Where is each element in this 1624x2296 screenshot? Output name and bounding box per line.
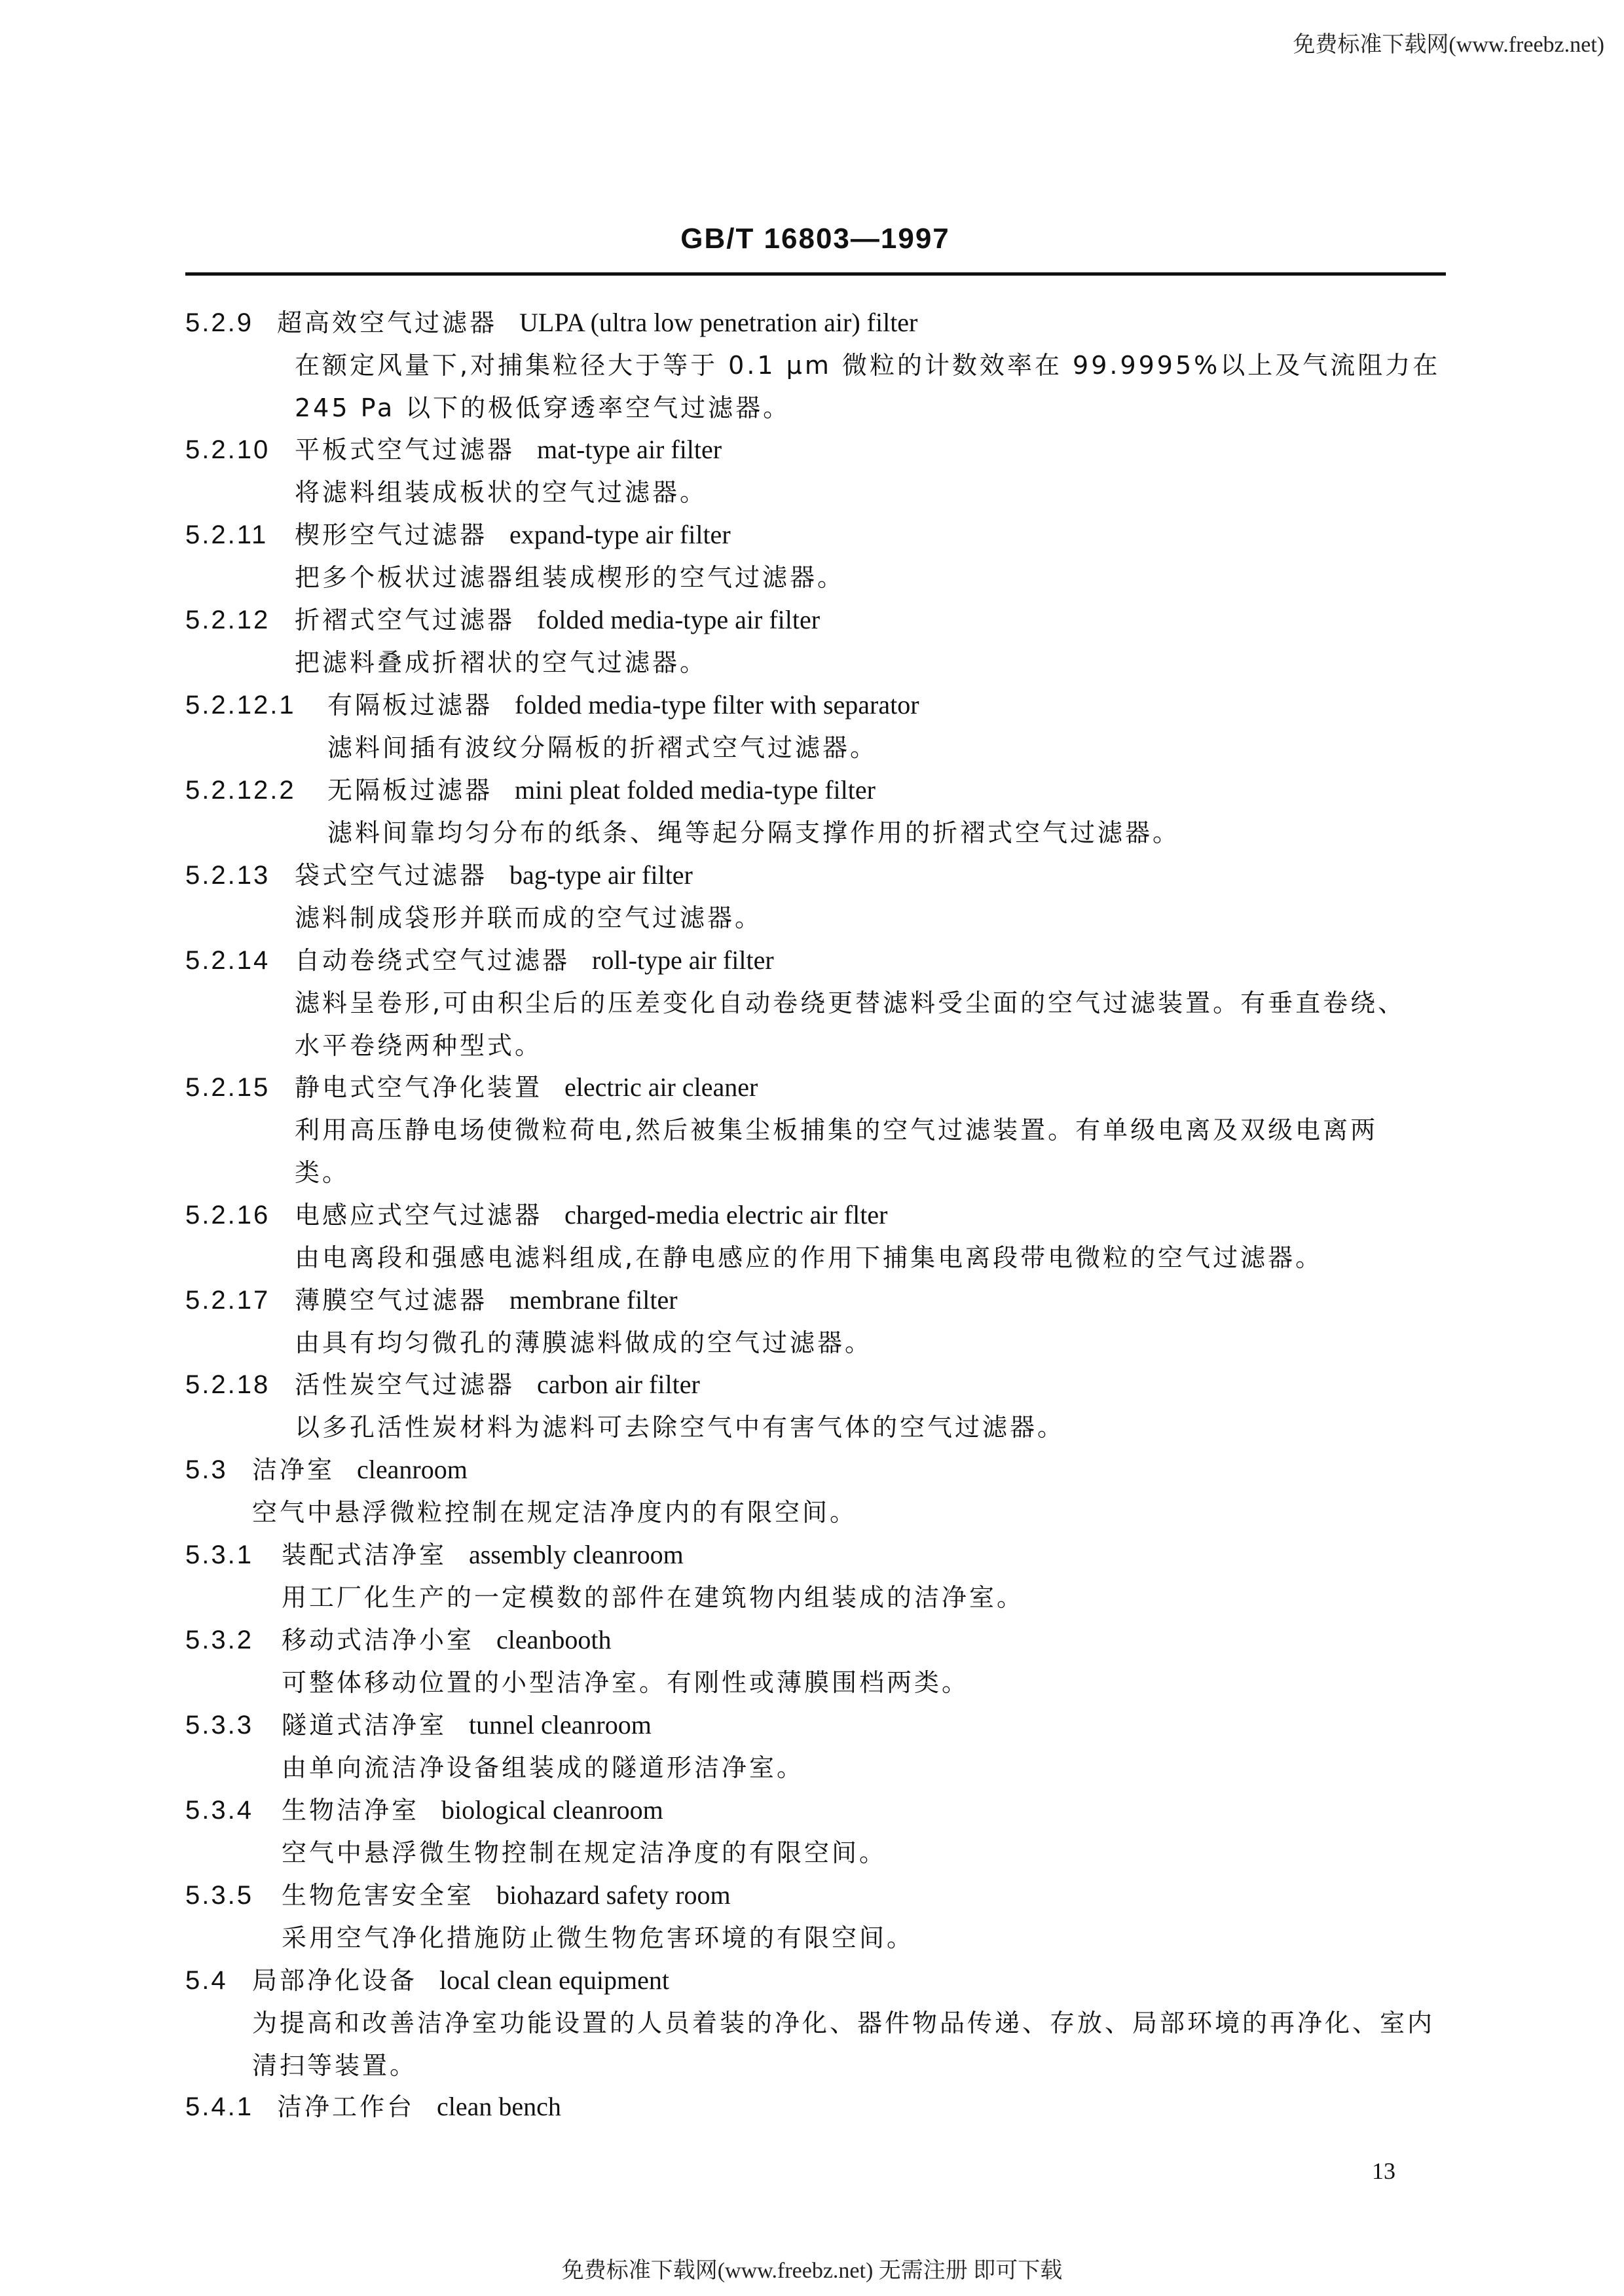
term-heading: 5.2.11楔形空气过滤器expand-type air filter — [185, 519, 731, 551]
term-heading: 5.2.14自动卷绕式空气过滤器roll-type air filter — [185, 944, 774, 977]
term-definition: 用工厂化生产的一定模数的部件在建筑物内组装成的洁净室。 — [282, 1581, 1024, 1614]
term-heading: 5.3.3隧道式洁净室tunnel cleanroom — [185, 1709, 652, 1741]
term-heading: 5.3.5生物危害安全室biohazard safety room — [185, 1879, 731, 1912]
term-chinese: 洁净工作台 — [277, 2092, 415, 2121]
term-number: 5.4.1 — [185, 2090, 277, 2123]
term-number: 5.3 — [185, 1453, 252, 1486]
term-definition: 由电离段和强感电滤料组成,在静电感应的作用下捕集电离段带电微粒的空气过滤器。 — [295, 1241, 1323, 1274]
term-definition: 采用空气净化措施防止微生物危害环境的有限空间。 — [282, 1922, 914, 1954]
term-heading: 5.2.10平板式空气过滤器mat-type air filter — [185, 433, 722, 466]
term-chinese: 平板式空气过滤器 — [295, 435, 515, 464]
term-heading: 5.3洁净室cleanroom — [185, 1453, 468, 1486]
term-number: 5.2.9 — [185, 306, 277, 339]
term-chinese: 折褶式空气过滤器 — [295, 606, 515, 634]
term-definition: 以多孔活性炭材料为滤料可去除空气中有害气体的空气过滤器。 — [295, 1411, 1065, 1444]
term-number: 5.2.17 — [185, 1284, 295, 1317]
term-english: electric air cleaner — [564, 1072, 758, 1102]
term-heading: 5.2.17薄膜空气过滤器membrane filter — [185, 1284, 678, 1317]
term-heading: 5.3.2移动式洁净小室cleanbooth — [185, 1624, 612, 1656]
term-heading: 5.2.9超高效空气过滤器ULPA (ultra low penetration… — [185, 306, 917, 339]
term-number: 5.2.14 — [185, 944, 295, 977]
term-definition: 滤料间插有波纹分隔板的折褶式空气过滤器。 — [327, 731, 877, 764]
term-english: bag-type air filter — [509, 860, 693, 890]
term-number: 5.2.15 — [185, 1071, 295, 1104]
term-english: mat-type air filter — [537, 435, 722, 464]
term-definition: 滤料呈卷形,可由积尘后的压差变化自动卷绕更替滤料受尘面的空气过滤装置。有垂直卷绕… — [295, 987, 1405, 1019]
term-english: folded media-type filter with separator — [515, 690, 919, 720]
term-chinese: 活性炭空气过滤器 — [295, 1370, 515, 1399]
term-number: 5.2.13 — [185, 859, 295, 892]
term-number: 5.2.11 — [185, 519, 295, 551]
term-number: 5.3.4 — [185, 1794, 282, 1827]
term-chinese: 生物洁净室 — [282, 1796, 419, 1825]
watermark-top: 免费标准下载网(www.freebz.net) — [1293, 26, 1604, 58]
term-number: 5.3.1 — [185, 1539, 282, 1571]
term-number: 5.3.5 — [185, 1879, 282, 1912]
term-english: membrane filter — [509, 1285, 678, 1315]
term-chinese: 袋式空气过滤器 — [295, 861, 487, 890]
term-definition: 将滤料组装成板状的空气过滤器。 — [295, 476, 707, 509]
term-chinese: 局部净化设备 — [252, 1966, 417, 1995]
term-heading: 5.2.12.1有隔板过滤器folded media-type filter w… — [185, 689, 919, 721]
term-definition: 可整体移动位置的小型洁净室。有刚性或薄膜围档两类。 — [282, 1666, 969, 1699]
term-chinese: 隧道式洁净室 — [282, 1711, 447, 1740]
term-english: biohazard safety room — [496, 1880, 731, 1910]
term-chinese: 有隔板过滤器 — [327, 691, 492, 720]
term-definition: 把多个板状过滤器组装成楔形的空气过滤器。 — [295, 561, 845, 594]
term-chinese: 静电式空气净化装置 — [295, 1073, 542, 1102]
term-definition: 在额定风量下,对捕集粒径大于等于 0.1 μm 微粒的计数效率在 99.9995… — [295, 349, 1440, 382]
term-definition: 由单向流洁净设备组装成的隧道形洁净室。 — [282, 1751, 804, 1784]
term-english: tunnel cleanroom — [469, 1710, 652, 1740]
term-definition: 由具有均匀微孔的薄膜滤料做成的空气过滤器。 — [295, 1326, 872, 1359]
term-chinese: 洁净室 — [252, 1455, 335, 1484]
term-number: 5.2.18 — [185, 1368, 295, 1401]
standard-code-header: GB/T 16803—1997 — [0, 223, 1624, 255]
term-heading: 5.2.18活性炭空气过滤器carbon air filter — [185, 1368, 700, 1401]
term-number: 5.2.16 — [185, 1199, 295, 1231]
term-definition: 水平卷绕两种型式。 — [295, 1029, 542, 1062]
term-number: 5.2.12.1 — [185, 689, 327, 721]
term-english: clean bench — [437, 2092, 561, 2121]
term-heading: 5.3.1装配式洁净室assembly cleanroom — [185, 1539, 684, 1571]
header-rule — [185, 272, 1446, 276]
term-chinese: 超高效空气过滤器 — [277, 308, 497, 337]
term-heading: 5.2.12折褶式空气过滤器folded media-type air filt… — [185, 604, 820, 636]
term-number: 5.2.10 — [185, 433, 295, 466]
term-definition: 滤料制成袋形并联而成的空气过滤器。 — [295, 902, 762, 934]
term-heading: 5.4局部净化设备local clean equipment — [185, 1964, 669, 1997]
term-english: folded media-type air filter — [537, 605, 820, 634]
term-definition: 清扫等装置。 — [252, 2049, 417, 2082]
term-number: 5.3.3 — [185, 1709, 282, 1741]
term-english: charged-media electric air flter — [564, 1200, 887, 1230]
watermark-bottom: 免费标准下载网(www.freebz.net) 无需注册 即可下载 — [0, 2252, 1624, 2284]
term-chinese: 生物危害安全室 — [282, 1881, 474, 1910]
term-english: local clean equipment — [439, 1965, 669, 1995]
term-definition: 把滤料叠成折褶状的空气过滤器。 — [295, 646, 707, 679]
term-definition: 利用高压静电场使微粒荷电,然后被集尘板捕集的空气过滤装置。有单级电离及双级电离两 — [295, 1114, 1378, 1146]
term-chinese: 自动卷绕式空气过滤器 — [295, 946, 570, 975]
term-heading: 5.2.16电感应式空气过滤器charged-media electric ai… — [185, 1199, 887, 1231]
term-chinese: 装配式洁净室 — [282, 1540, 447, 1569]
term-definition: 为提高和改善洁净室功能设置的人员着装的净化、器件物品传递、存放、局部环境的再净化… — [252, 2007, 1435, 2039]
term-heading: 5.4.1洁净工作台clean bench — [185, 2090, 561, 2123]
term-number: 5.3.2 — [185, 1624, 282, 1656]
term-heading: 5.2.13袋式空气过滤器bag-type air filter — [185, 859, 693, 892]
term-heading: 5.2.15静电式空气净化装置electric air cleaner — [185, 1071, 758, 1104]
term-english: ULPA (ultra low penetration air) filter — [519, 308, 917, 337]
term-definition: 空气中悬浮微粒控制在规定洁净度内的有限空间。 — [252, 1496, 857, 1529]
term-english: cleanbooth — [496, 1625, 612, 1654]
page-number: 13 — [1372, 2157, 1395, 2185]
term-english: assembly cleanroom — [469, 1540, 684, 1569]
term-definition: 245 Pa 以下的极低穿透率空气过滤器。 — [295, 392, 790, 424]
term-heading: 5.2.12.2无隔板过滤器mini pleat folded media-ty… — [185, 774, 876, 807]
term-number: 5.2.12.2 — [185, 774, 327, 807]
term-number: 5.4 — [185, 1964, 252, 1997]
term-definition: 滤料间靠均匀分布的纸条、绳等起分隔支撑作用的折褶式空气过滤器。 — [327, 816, 1180, 849]
term-definition: 空气中悬浮微生物控制在规定洁净度的有限空间。 — [282, 1836, 887, 1869]
term-english: mini pleat folded media-type filter — [515, 775, 876, 805]
term-english: roll-type air filter — [592, 945, 774, 975]
term-chinese: 移动式洁净小室 — [282, 1626, 474, 1654]
term-english: carbon air filter — [537, 1370, 700, 1399]
term-english: expand-type air filter — [509, 520, 731, 549]
term-definition: 类。 — [295, 1156, 350, 1189]
term-heading: 5.3.4生物洁净室biological cleanroom — [185, 1794, 663, 1827]
term-number: 5.2.12 — [185, 604, 295, 636]
term-english: biological cleanroom — [441, 1795, 663, 1825]
term-chinese: 薄膜空气过滤器 — [295, 1286, 487, 1315]
term-english: cleanroom — [357, 1455, 468, 1484]
term-chinese: 电感应式空气过滤器 — [295, 1201, 542, 1230]
term-chinese: 楔形空气过滤器 — [295, 520, 487, 549]
term-chinese: 无隔板过滤器 — [327, 776, 492, 805]
